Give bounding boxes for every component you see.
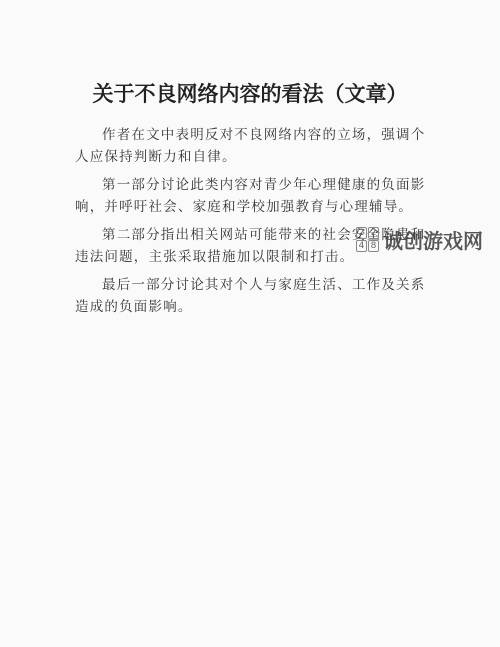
- document-title: 关于不良网络内容的看法（文章）: [0, 78, 500, 108]
- watermark-digit: 8: [368, 240, 379, 252]
- document-page: 关于不良网络内容的看法（文章） 作者在文中表明反对不良网络内容的立场，强调个人应…: [0, 0, 500, 647]
- paragraph-last: 最后一部分讨论其对个人与家庭生活、工作及关系造成的负面影响。: [75, 274, 427, 318]
- watermark-digit: 4: [356, 240, 367, 252]
- document-body: 作者在文中表明反对不良网络内容的立场，强调个人应保持判断力和自律。 第一部分讨论…: [75, 124, 427, 324]
- paragraph-first: 第一部分讨论此类内容对青少年心理健康的负面影响，并呼吁社会、家庭和学校加强教育与…: [75, 174, 427, 218]
- watermark-grid-icon: 2 2 4 8: [356, 227, 379, 252]
- watermark-text: 诚创游戏网: [383, 225, 483, 254]
- paragraph-intro: 作者在文中表明反对不良网络内容的立场，强调个人应保持判断力和自律。: [75, 124, 427, 168]
- watermark-digit: 2: [356, 227, 367, 239]
- site-watermark: 2 2 4 8 诚创游戏网: [356, 225, 483, 254]
- watermark-digit: 2: [368, 227, 379, 239]
